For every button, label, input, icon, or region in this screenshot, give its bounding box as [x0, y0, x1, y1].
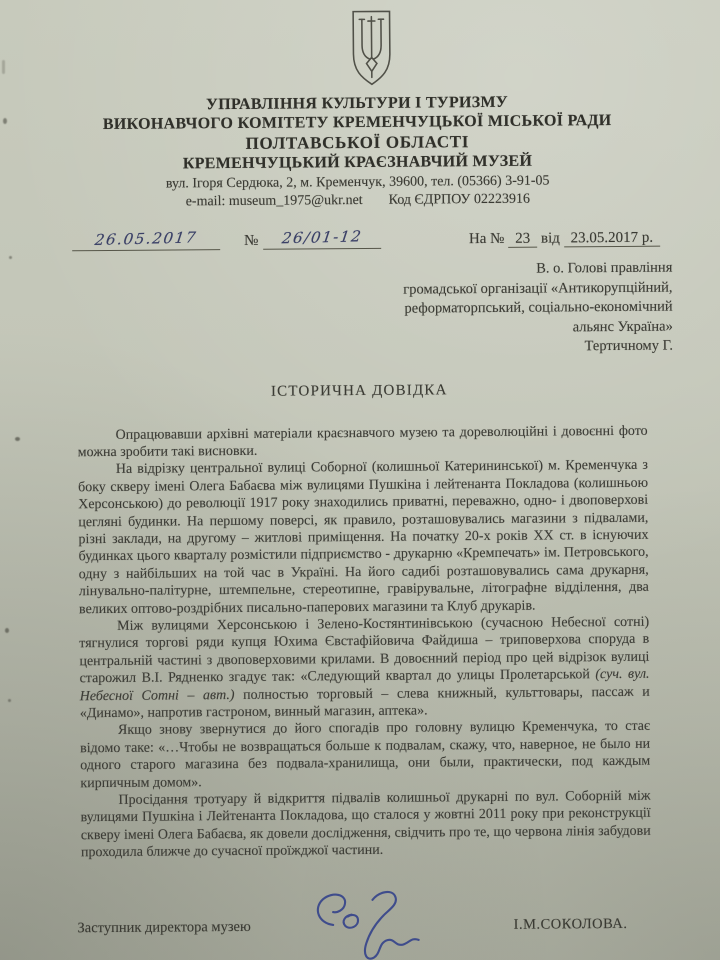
- reply-mid: від: [541, 230, 560, 246]
- edrpou-code: Код ЄДРПОУ 02223916: [389, 191, 530, 210]
- document-body: Опрацювавши архівні матеріали краєзнавчо…: [78, 422, 651, 862]
- ukraine-trident-icon: [343, 9, 400, 87]
- reply-number: 23: [508, 231, 537, 248]
- letter-sheet: УПРАВЛІННЯ КУЛЬТУРИ І ТУРИЗМУВИКОНАВЧОГО…: [0, 0, 720, 960]
- emblem-area: [11, 0, 720, 95]
- addressee-line: Тертичному Г.: [299, 337, 673, 359]
- number-sign-label: №: [244, 233, 258, 250]
- outgoing-number-handwritten: 26/01-12: [281, 227, 364, 247]
- addressee-line: В. о. Голові правління: [298, 259, 672, 281]
- signature-autograph: [304, 887, 445, 960]
- signature-position: Заступник директора музею: [77, 919, 250, 937]
- scanned-letter-page: УПРАВЛІННЯ КУЛЬТУРИ І ТУРИЗМУВИКОНАВЧОГО…: [0, 0, 720, 960]
- paragraph: Просідання тротуару й відкриття підвалів…: [80, 788, 651, 862]
- paragraph: Якщо знову звернутися до його спогадів п…: [80, 718, 651, 792]
- reference-line: 26.05.2017 № 26/01-12 На № 23 від 23.05.…: [72, 223, 660, 252]
- document-title: ІСТОРИЧНА ДОВІДКА: [0, 380, 719, 403]
- outgoing-date-handwritten: 26.05.2017: [94, 228, 199, 249]
- outgoing-number-field: № 26/01-12: [244, 228, 381, 250]
- outgoing-date-field: 26.05.2017: [72, 229, 220, 251]
- signature-row: Заступник директора музею І.М.СОКОЛОВА.: [77, 886, 628, 960]
- signature-name: І.М.СОКОЛОВА.: [514, 916, 628, 934]
- paragraph: На відрізку центральної вулиці Соборної …: [78, 457, 649, 618]
- addressee-block: В. о. Голові правліннягромадської органі…: [298, 259, 673, 359]
- paragraph: Опрацювавши архівні матеріали краєзнавчо…: [78, 422, 648, 461]
- reply-prefix: На №: [469, 231, 505, 247]
- contact-email: e-mail: museum_1975@ukr.net: [186, 192, 363, 211]
- reply-date: 23.05.2017 р.: [564, 230, 661, 248]
- addressee-line: реформаторпський, соціально-економічний: [299, 298, 673, 320]
- paragraph: Між вулицями Херсонською і Зелено-Костян…: [79, 614, 650, 723]
- incoming-reference: На № 23 від 23.05.2017 р.: [469, 230, 660, 249]
- letterhead: УПРАВЛІННЯ КУЛЬТУРИ І ТУРИЗМУВИКОНАВЧОГО…: [0, 91, 718, 175]
